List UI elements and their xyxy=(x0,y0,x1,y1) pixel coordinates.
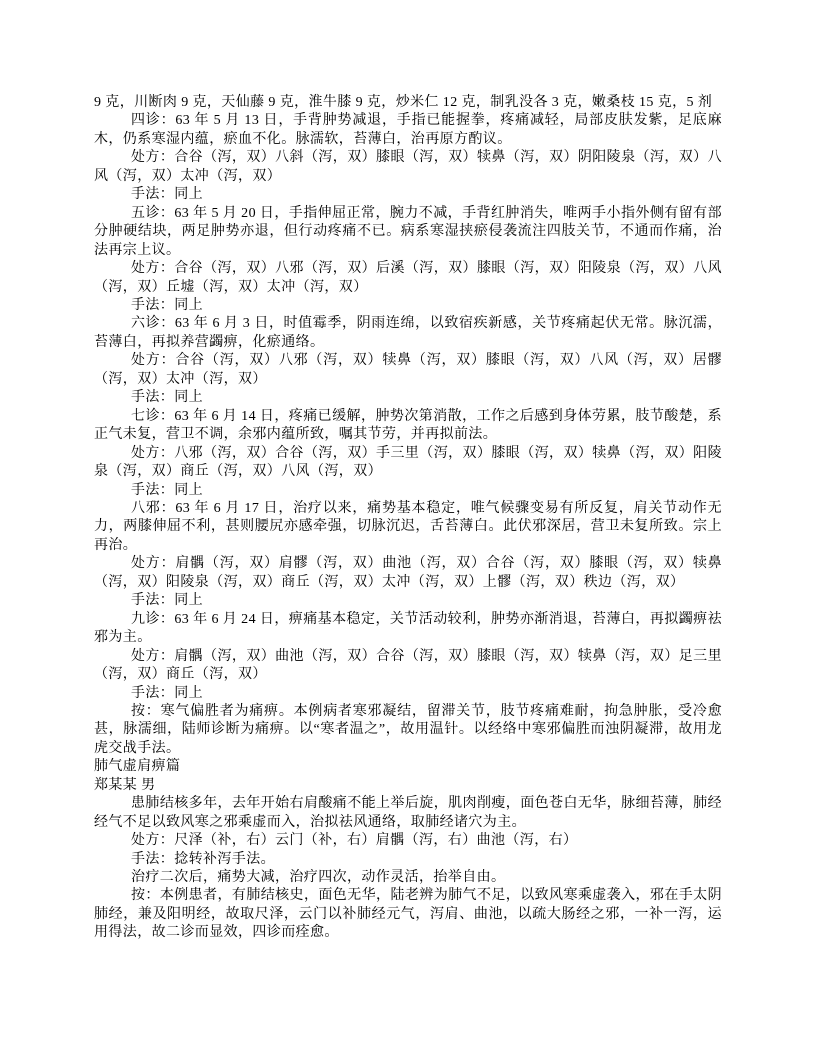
paragraph: 八邪：63 年 6 月 17 日，治疗以来，痛势基本稳定，唯气候骤变易有所反复，… xyxy=(94,500,722,555)
paragraph: 处方：合谷（泻，双）八邪（泻，双）犊鼻（泻，双）膝眼（泻，双）八风（泻，双）居髎… xyxy=(94,352,722,389)
paragraph: 肺气虚肩痹篇 xyxy=(94,758,722,776)
paragraph: 七诊：63 年 6 月 14 日，疼痛已缓解，肿势次第消散，工作之后感到身体劳累… xyxy=(94,408,722,445)
paragraph: 六诊：63 年 6 月 3 日，时值霉季，阴雨连绵，以致宿疾新感，关节疼痛起伏无… xyxy=(94,315,722,352)
paragraph: 郑某某 男 xyxy=(94,777,722,795)
document-body: 9 克，川断肉 9 克，天仙藤 9 克，淮牛膝 9 克，炒米仁 12 克，制乳没… xyxy=(94,94,722,943)
paragraph: 9 克，川断肉 9 克，天仙藤 9 克，淮牛膝 9 克，炒米仁 12 克，制乳没… xyxy=(94,94,722,112)
paragraph: 手法：同上 xyxy=(94,685,722,703)
paragraph: 手法：同上 xyxy=(94,186,722,204)
paragraph: 五诊：63 年 5 月 20 日，手指伸屈正常，腕力不减，手背红肿消失，唯两手小… xyxy=(94,205,722,260)
document-page: 9 克，川断肉 9 克，天仙藤 9 克，淮牛膝 9 克，炒米仁 12 克，制乳没… xyxy=(0,0,816,1056)
paragraph: 手法：同上 xyxy=(94,482,722,500)
paragraph: 处方：肩髃（泻，双）曲池（泻，双）合谷（泻，双）膝眼（泻，双）犊鼻（泻，双）足三… xyxy=(94,648,722,685)
paragraph: 处方：八邪（泻，双）合谷（泻，双）手三里（泻，双）膝眼（泻，双）犊鼻（泻，双）阳… xyxy=(94,445,722,482)
paragraph: 处方：合谷（泻，双）八邪（泻，双）后溪（泻，双）膝眼（泻，双）阳陵泉（泻，双）八… xyxy=(94,260,722,297)
paragraph: 处方：合谷（泻，双）八斜（泻，双）膝眼（泻，双）犊鼻（泻，双）阴阳陵泉（泻，双）… xyxy=(94,149,722,186)
paragraph: 手法：同上 xyxy=(94,297,722,315)
paragraph: 手法：捻转补泻手法。 xyxy=(94,851,722,869)
paragraph: 按：寒气偏胜者为痛痹。本例病者寒邪凝结，留滞关节，肢节疼痛难耐，拘急肿胀，受冷愈… xyxy=(94,703,722,758)
paragraph: 按：本例患者，有肺结核史，面色无华，陆老辨为肺气不足，以致风寒乘虚袭入，邪在手太… xyxy=(94,887,722,942)
paragraph: 手法：同上 xyxy=(94,389,722,407)
paragraph: 患肺结核多年，去年开始右肩酸痛不能上举后旋，肌肉削瘦，面色苍白无华，脉细苔薄，肺… xyxy=(94,795,722,832)
paragraph: 手法：同上 xyxy=(94,592,722,610)
paragraph: 四诊：63 年 5 月 13 日，手背肿势减退，手指已能握拳，疼痛减轻，局部皮肤… xyxy=(94,112,722,149)
paragraph: 处方：肩髃（泻，双）肩髎（泻，双）曲池（泻，双）合谷（泻，双）膝眼（泻，双）犊鼻… xyxy=(94,555,722,592)
paragraph: 处方：尺泽（补，右）云门（补，右）肩髃（泻，右）曲池（泻，右） xyxy=(94,832,722,850)
paragraph: 九诊：63 年 6 月 24 日，痹痛基本稳定，关节活动较利，肿势亦渐消退，苔薄… xyxy=(94,611,722,648)
paragraph: 治疗二次后，痛势大减，治疗四次，动作灵活，抬举自由。 xyxy=(94,869,722,887)
